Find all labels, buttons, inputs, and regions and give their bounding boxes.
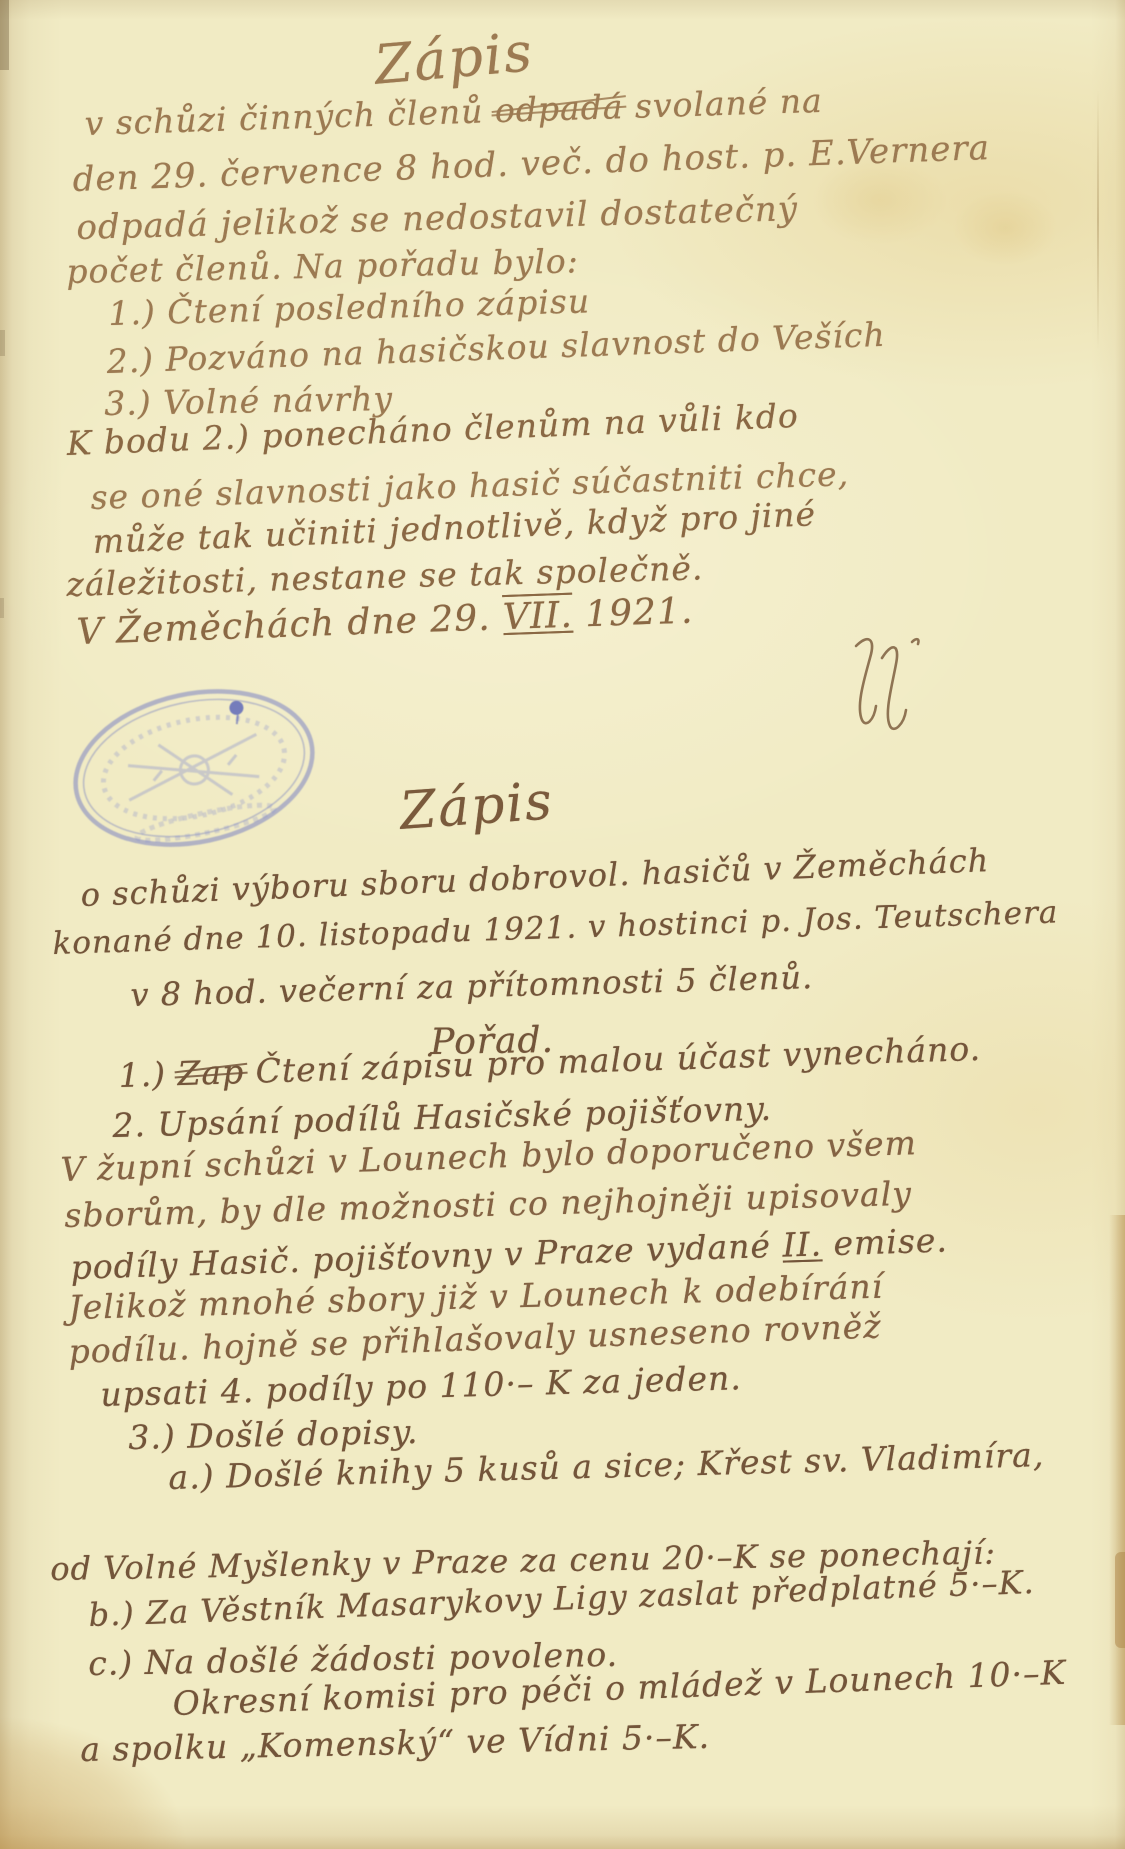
entry1-dateline-year: 1921. (585, 590, 694, 635)
entry1-dateline-month: VII. (502, 595, 573, 638)
entry1-line3: odpadá jelikož se nedostavil dostatečný (76, 189, 798, 248)
entry1-struck-word: odpadá (494, 87, 624, 130)
entry1-agenda-item-1: 1.) Čtení posledního zápisu (108, 281, 591, 333)
stamp-oval (66, 678, 322, 858)
stamp (66, 678, 322, 858)
entry1-line1: v schůzi činných členů odpadá svolané na (84, 81, 823, 143)
entry2-agenda-item-3: 3.) Došlé dopisy. (128, 1412, 419, 1457)
next-page-edge-notch (1115, 1552, 1125, 1648)
entry2-para1-line3-post: emise. (833, 1220, 949, 1263)
entry1-title: Zápis (372, 20, 536, 97)
stamp-ink-blob (228, 700, 245, 717)
entry2-item1-number: 1.) (118, 1055, 167, 1095)
entry2-item1-struck-word: Zap (177, 1052, 245, 1093)
paper-crease (1097, 90, 1099, 350)
entry2-item1-text: Čtení zápisu pro malou účast vynecháno. (255, 1029, 982, 1091)
entry1-line1-post: svolané na (634, 81, 823, 126)
entry1-line1-pre: v schůzi činných členů (84, 91, 484, 143)
manuscript-page: Zápis v schůzi činných členů odpadá svol… (0, 0, 1125, 1849)
entry2-sub-c-line3: a spolku „Komenský“ ve Vídni 5·–K. (80, 1717, 710, 1769)
left-edge-mark (0, 330, 5, 356)
left-edge-mark (0, 0, 9, 70)
entry2-title: Zápis (398, 771, 556, 842)
entry1-dateline-place: V Žeměchách dne 29. (76, 598, 491, 653)
entry2-emission-roman-numeral: II. (782, 1224, 823, 1264)
next-page-edge (1109, 1215, 1125, 1725)
left-edge-mark (0, 598, 4, 618)
signature (838, 628, 928, 738)
entry2-line3: v 8 hod. večerní za přítomnosti 5 členů. (130, 958, 814, 1014)
